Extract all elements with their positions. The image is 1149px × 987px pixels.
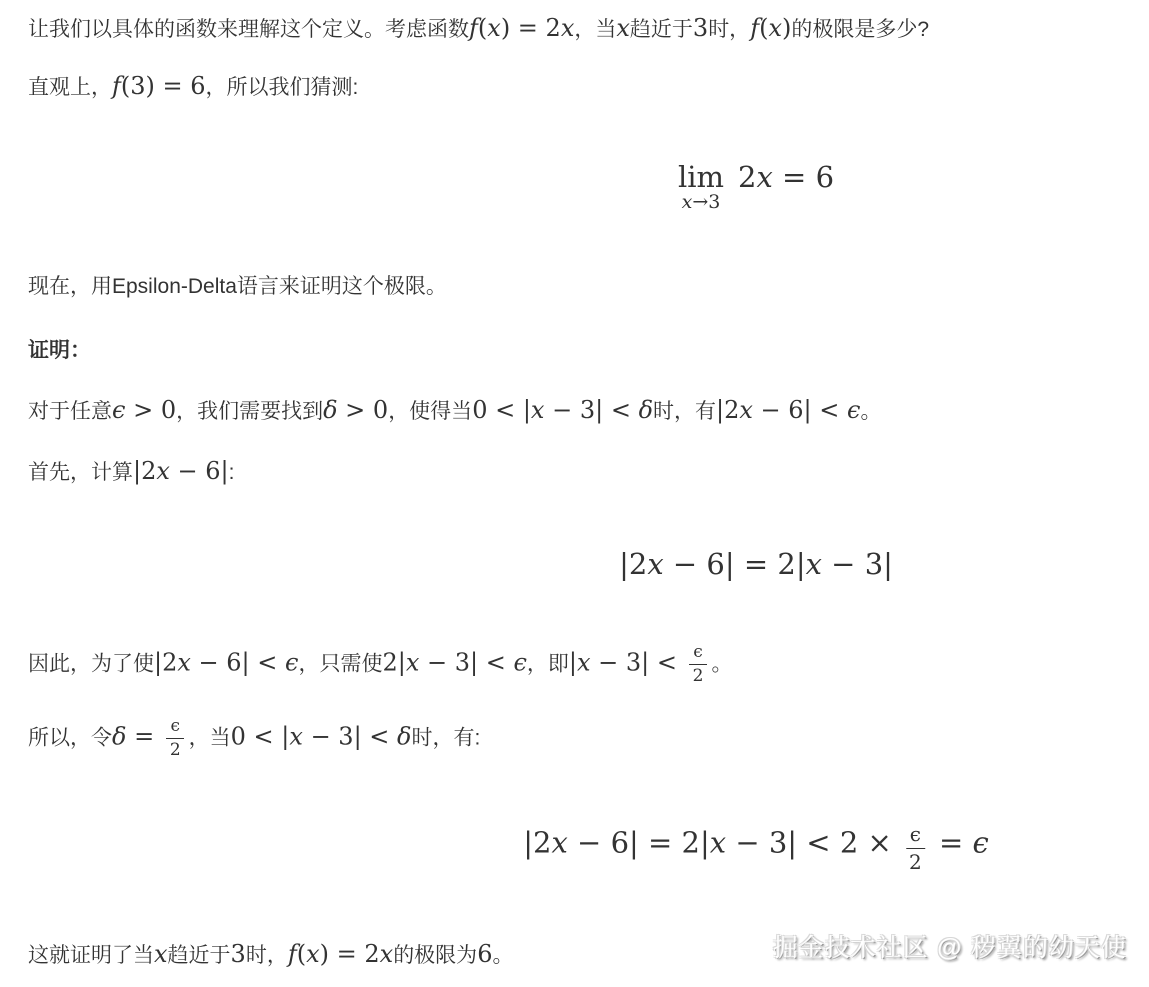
math-run: x [756, 160, 772, 194]
paragraph-conclusion: 这就证明了当x趋近于3时，f(x) = 2x的极限为6。 [28, 938, 513, 972]
math-run: 2| [382, 648, 405, 676]
math-run: = [126, 722, 161, 750]
fraction-numerator: ϵ [689, 642, 707, 665]
math-run: f [469, 14, 478, 42]
text-run: 这就证明了当 [28, 944, 154, 967]
math-run: ( [297, 940, 306, 968]
math-run: →3 [692, 191, 720, 213]
fraction: ϵ2 [689, 642, 708, 688]
math-run: > 0 [338, 396, 389, 424]
text-run: 时，有: [411, 726, 480, 749]
math-run: 3 [231, 940, 246, 968]
math-run: ϵ [973, 826, 989, 860]
math-run: x [156, 457, 170, 485]
math-run: |2 [154, 648, 177, 676]
math-run: f [112, 72, 121, 100]
math-run: − 3| < [544, 396, 638, 424]
fraction-denominator: 2 [905, 849, 926, 875]
math-run: = [930, 826, 973, 860]
math-run: − 3| < [591, 648, 685, 676]
math-run: x [616, 14, 630, 42]
math-run: − 6| = 2| [664, 547, 806, 581]
math-run: ) [782, 14, 791, 42]
math-run: x [380, 940, 394, 968]
math-run: 0 < | [472, 396, 531, 424]
math-run: ϵ [285, 648, 298, 676]
math-run: δ [323, 396, 337, 424]
math-run: 2 [738, 160, 756, 194]
text-run: 的极限为 [393, 944, 477, 967]
math-run: ϵ [847, 396, 860, 424]
text-run: 趋近于 [168, 944, 231, 967]
math-run: |2 [523, 826, 551, 860]
proof-heading: 证明： [28, 336, 91, 365]
fraction: ϵ2 [166, 716, 185, 762]
text-run: 。 [860, 400, 881, 423]
text-run: 现在，用Epsilon-Delta语言来证明这个极限。 [28, 275, 447, 298]
math-run: |2 [133, 457, 156, 485]
math-run: 0 < | [231, 722, 290, 750]
math-run: δ [397, 722, 411, 750]
math-run: − 6| < [753, 396, 847, 424]
math-run: x [406, 648, 420, 676]
formula-final-chain: |2x − 6| = 2|x − 3| < 2 × ϵ2 = ϵ [523, 822, 989, 875]
limit-operator: limx→3 [678, 163, 724, 192]
math-run: x [154, 940, 168, 968]
math-run: − 3| [822, 547, 893, 581]
math-run: ϵ [112, 396, 125, 424]
fraction-numerator: ϵ [906, 822, 925, 849]
math-run: ( [478, 14, 487, 42]
math-run: − 6| = 2| [568, 826, 710, 860]
math-run: ) = 2 [501, 14, 561, 42]
article-page: 让我们以具体的函数来理解这个定义。考虑函数f(x) = 2x，当x趋近于3时，f… [0, 0, 1149, 987]
text-run: 证明： [28, 339, 91, 362]
paragraph-choose-delta: 所以，令δ = ϵ2，当0 < |x − 3| < δ时，有: [28, 716, 480, 762]
text-run: ，即 [527, 652, 569, 675]
limit-word: lim [678, 160, 724, 194]
math-run: x [806, 547, 822, 581]
text-run: ，使得当 [388, 400, 472, 423]
text-run: 因此，为了使 [28, 652, 154, 675]
math-run: 6 [477, 940, 492, 968]
math-run: δ [639, 396, 653, 424]
math-run: x [647, 547, 663, 581]
math-run: ϵ [513, 648, 526, 676]
math-run: | [569, 648, 577, 676]
fraction-denominator: 2 [166, 739, 185, 761]
math-run: x [577, 648, 591, 676]
math-run: − 3| < 2 × [726, 826, 901, 860]
math-run: − 6| [170, 457, 229, 485]
math-run: (3) = 6 [121, 72, 206, 100]
math-run: |2 [716, 396, 739, 424]
text-run: 时， [246, 944, 288, 967]
math-run: > 0 [125, 396, 176, 424]
text-run: 。 [711, 652, 732, 675]
text-run: : [229, 461, 235, 484]
math-run: − 6| < [191, 648, 285, 676]
math-run: x [768, 14, 782, 42]
paragraph-intro: 让我们以具体的函数来理解这个定义。考虑函数f(x) = 2x，当x趋近于3时，f… [28, 12, 929, 46]
text-run: 让我们以具体的函数来理解这个定义。考虑函数 [28, 18, 469, 41]
math-run: x [551, 826, 567, 860]
fraction: ϵ2 [905, 822, 926, 875]
math-run: x [531, 396, 545, 424]
text-run: ，只需使 [298, 652, 382, 675]
fraction-numerator: ϵ [166, 716, 184, 739]
math-run: δ [112, 722, 126, 750]
math-run: x [306, 940, 320, 968]
math-run: ) = 2 [320, 940, 380, 968]
text-run: 直观上， [28, 76, 112, 99]
text-run: 时，有 [653, 400, 716, 423]
paragraph-epsilon-delta-intro: 现在，用Epsilon-Delta语言来证明这个极限。 [28, 272, 447, 301]
fraction-denominator: 2 [689, 665, 708, 687]
text-run: ，所以我们猜测: [206, 76, 359, 99]
text-run: 的极限是多少? [791, 18, 929, 41]
math-run: f [750, 14, 759, 42]
math-run: x [289, 722, 303, 750]
paragraph-intuition: 直观上，f(3) = 6，所以我们猜测: [28, 70, 358, 104]
formula-limit-display: limx→32x = 6 [678, 160, 834, 195]
math-run: − 3| < [303, 722, 397, 750]
text-run: 时， [708, 18, 750, 41]
math-run: x [561, 14, 575, 42]
math-run: f [288, 940, 297, 968]
math-run: x [739, 396, 753, 424]
text-run: ，当 [574, 18, 616, 41]
text-run: 对于任意 [28, 400, 112, 423]
math-run: 3 [693, 14, 708, 42]
math-run: |2 [619, 547, 647, 581]
text-run: 首先，计算 [28, 461, 133, 484]
math-run: = 6 [773, 160, 834, 194]
formula-abs-identity: |2x − 6| = 2|x − 3| [619, 547, 893, 582]
text-run: 。 [492, 944, 513, 967]
paragraph-first-compute: 首先，计算|2x − 6|: [28, 455, 234, 489]
text-run: ，当 [189, 726, 231, 749]
text-run: ，我们需要找到 [176, 400, 323, 423]
math-run: x [177, 648, 191, 676]
text-run: 所以，令 [28, 726, 112, 749]
paragraph-for-any-epsilon: 对于任意ϵ > 0，我们需要找到δ > 0，使得当0 < |x − 3| < δ… [28, 394, 881, 428]
math-run: − 3| < [419, 648, 513, 676]
limit-subscript: x→3 [682, 193, 721, 212]
math-run: x [487, 14, 501, 42]
text-run: 趋近于 [630, 18, 693, 41]
paragraph-therefore: 因此，为了使|2x − 6| < ϵ，只需使2|x − 3| < ϵ，即|x −… [28, 642, 732, 688]
watermark: 掘金技术社区 @ 秽翼的幼天使 [773, 928, 1127, 964]
math-run: x [682, 191, 693, 213]
math-run: x [710, 826, 726, 860]
